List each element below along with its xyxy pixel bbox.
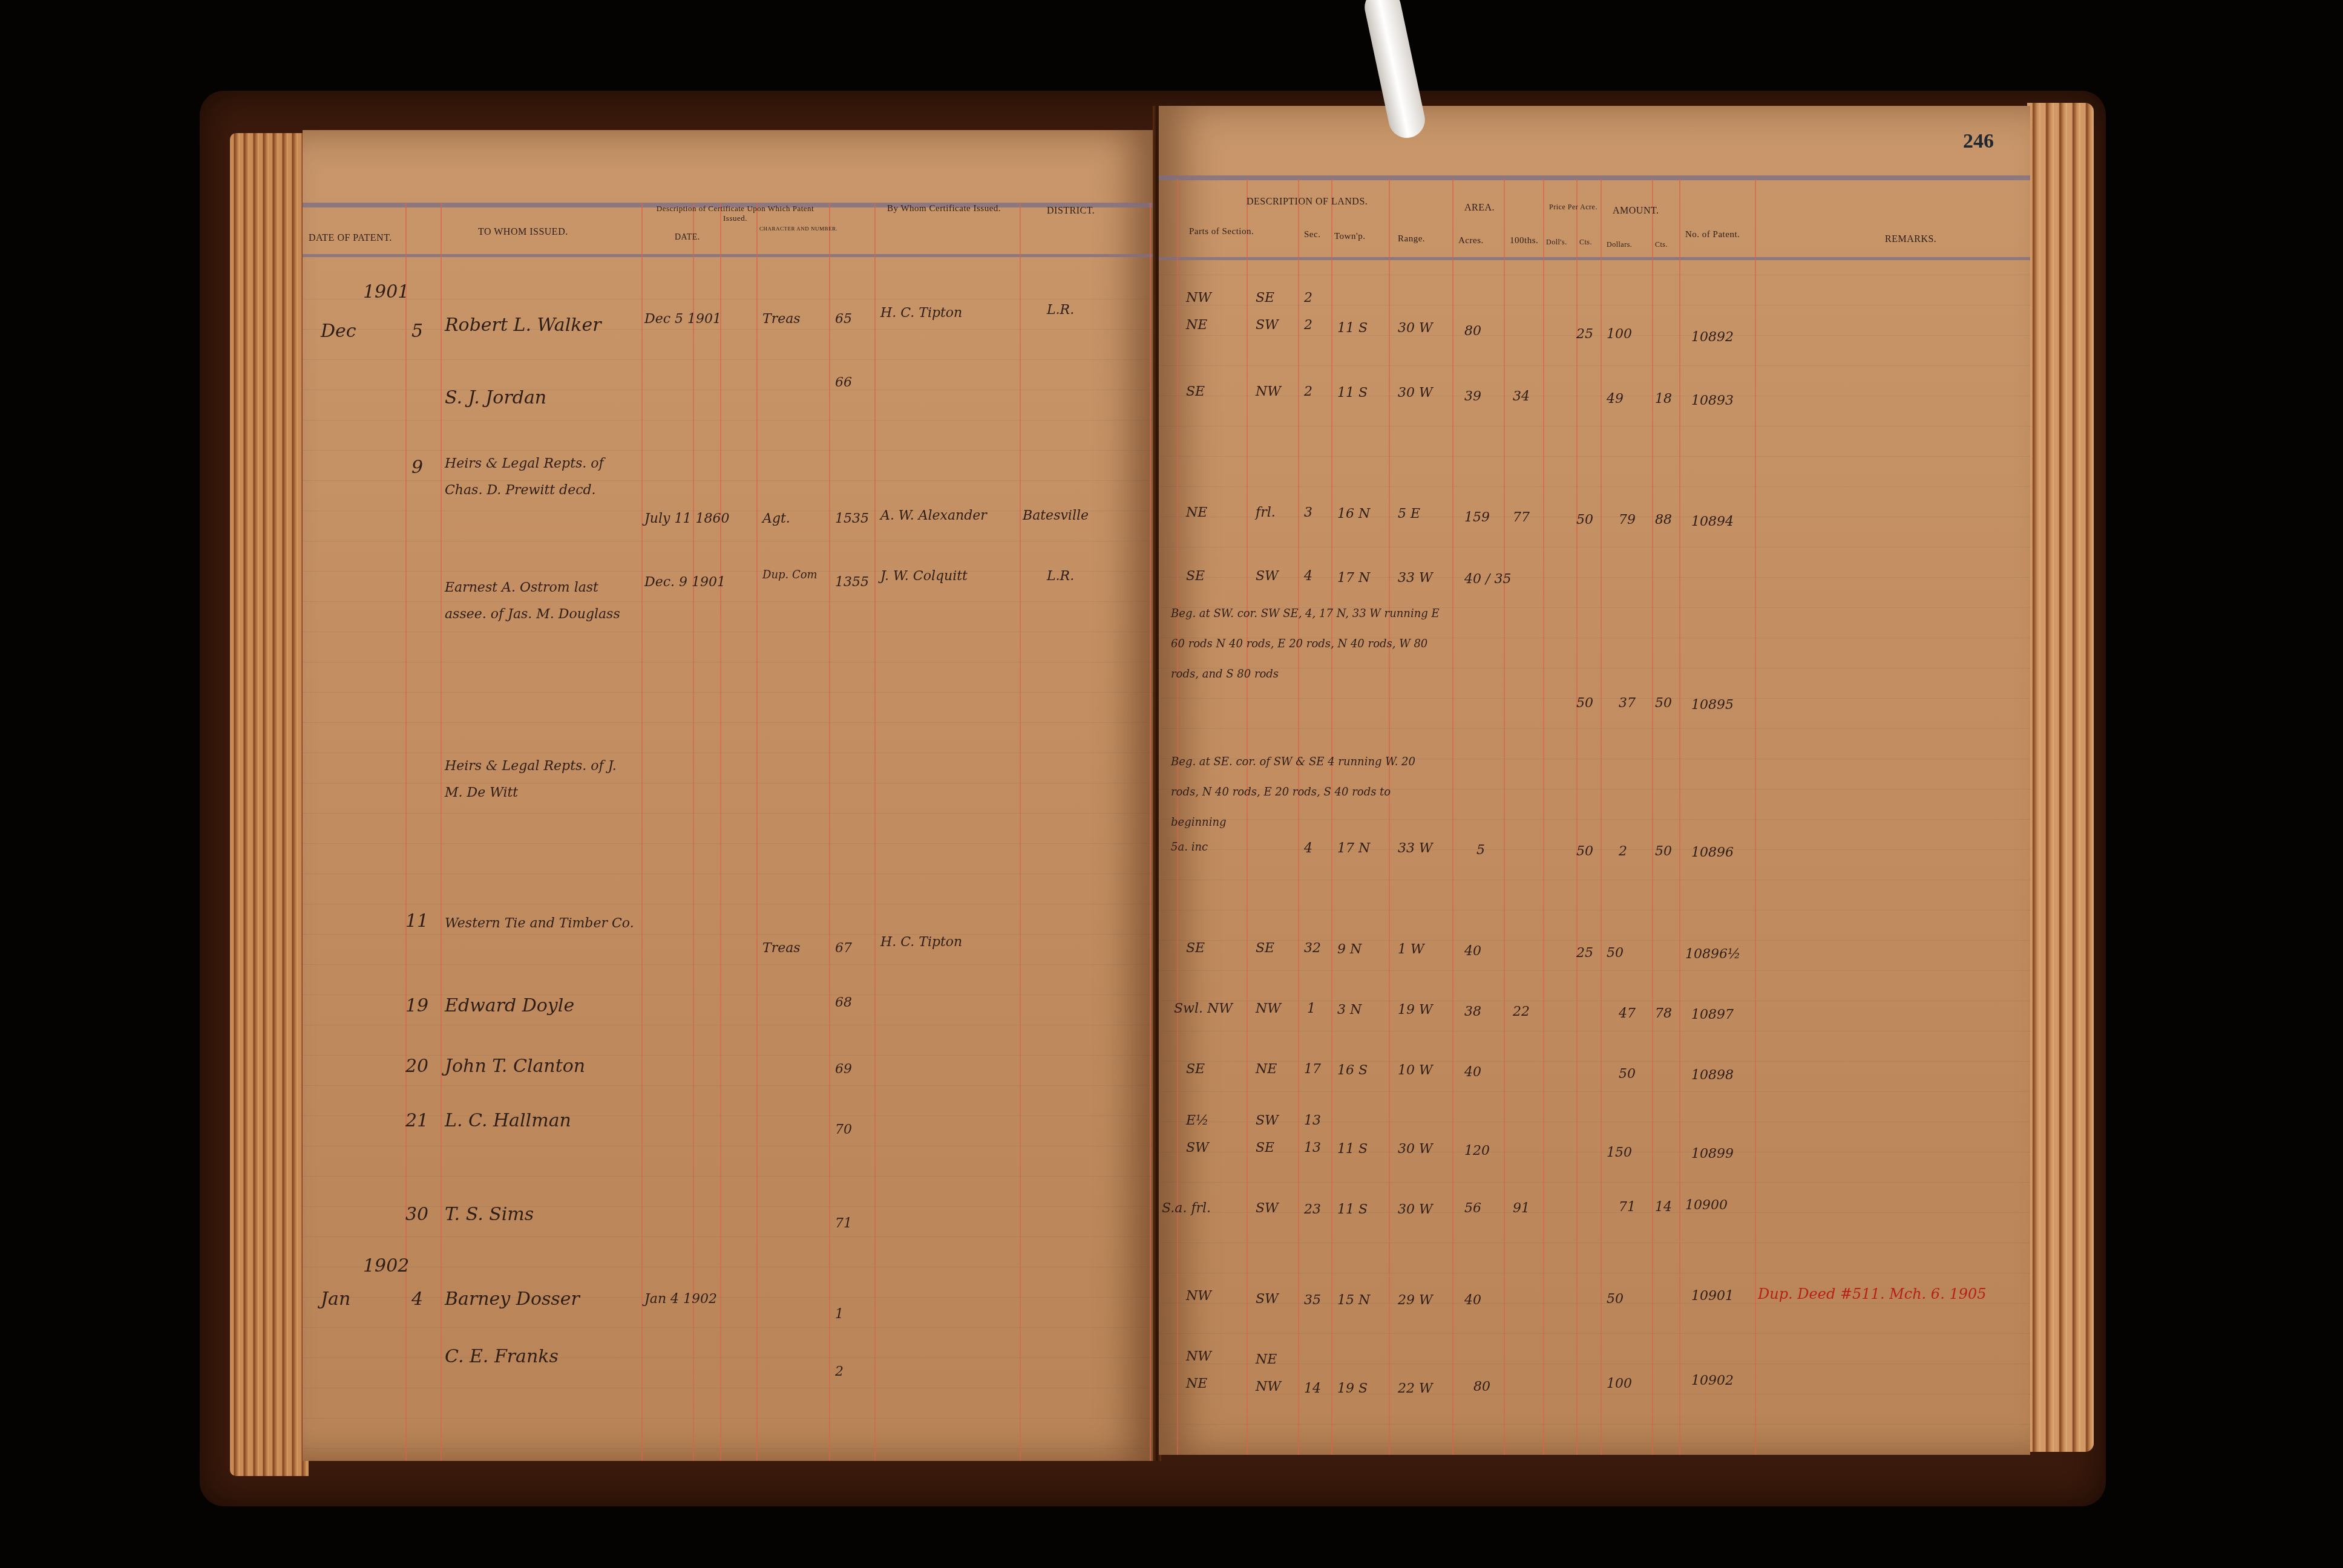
entry-district: L.R.: [1047, 302, 1074, 318]
land-part: SE: [1186, 941, 1205, 956]
land-quarter: SE: [1256, 290, 1274, 305]
entry-cert-character: Treas: [762, 312, 801, 327]
amount-cts: 50: [1655, 696, 1672, 711]
price-cts: 25: [1576, 946, 1593, 961]
entry-cert-number: 69: [835, 1062, 852, 1077]
land-quarter: NE: [1256, 1352, 1277, 1367]
amount-cts: 88: [1655, 512, 1672, 528]
land-part: S.a. frl.: [1162, 1201, 1211, 1216]
entry-name: Edward Doyle: [445, 995, 574, 1016]
land-sec: 14: [1304, 1381, 1321, 1396]
header-no-of-patent: No. of Patent.: [1685, 230, 1740, 240]
entry-by-whom: H. C. Tipton: [880, 305, 962, 321]
area-100ths: 34: [1513, 389, 1530, 404]
land-part: NE: [1186, 1376, 1207, 1391]
land-part: 5a. inc: [1171, 841, 1208, 854]
area-acres: 56: [1464, 1201, 1481, 1216]
entry-cert-number: 68: [835, 995, 852, 1010]
entry-cert-character: Dup. Com: [762, 569, 818, 581]
amount-dollars: 2: [1619, 844, 1627, 859]
land-quarter: SW: [1256, 569, 1279, 584]
entry-day: 5: [411, 321, 423, 342]
area-100ths: 22: [1513, 1004, 1530, 1019]
entry-by-whom: A. W. Alexander: [880, 508, 987, 523]
entry-name: Heirs & Legal Repts. of Chas. D. Prewitt…: [445, 451, 638, 504]
land-range: 33 W: [1398, 570, 1433, 586]
area-acres: 40: [1464, 944, 1481, 959]
amount-cts: 18: [1655, 391, 1672, 407]
land-sec: 23: [1304, 1202, 1321, 1217]
ruled-lines: [303, 269, 1156, 1461]
area-acres: 120: [1464, 1143, 1490, 1158]
land-range: 5 E: [1398, 506, 1420, 521]
price-cts: 50: [1576, 844, 1593, 859]
area-acres: 80: [1464, 324, 1481, 339]
amount-dollars: 47: [1619, 1006, 1636, 1021]
header-sec: Sec.: [1304, 230, 1320, 240]
area-acres: 80: [1473, 1379, 1490, 1394]
land-part: SW: [1186, 1140, 1209, 1155]
header-area: AREA.: [1464, 203, 1495, 214]
land-sec: 32: [1304, 941, 1321, 956]
entry-day: 20: [405, 1056, 428, 1077]
entry-cert-number: 71: [835, 1216, 852, 1231]
land-township: 3 N: [1337, 1002, 1362, 1018]
header-by-whom: By Whom Certificate Issued.: [877, 200, 1011, 218]
land-sec: 2: [1304, 290, 1312, 305]
price-cts: 25: [1576, 327, 1593, 342]
entry-cert-number: 2: [835, 1364, 844, 1379]
land-quarter: SW: [1256, 1292, 1279, 1307]
land-township: 17 N: [1337, 570, 1370, 586]
amount-dollars: 79: [1619, 512, 1636, 528]
header-description-of-lands: DESCRIPTION OF LANDS.: [1247, 197, 1368, 207]
area-100ths: 77: [1513, 510, 1530, 525]
entry-month: Dec: [321, 321, 356, 342]
patent-number: 10898: [1691, 1068, 1734, 1083]
amount-cts: 50: [1655, 844, 1672, 859]
amount-dollars: 150: [1607, 1145, 1632, 1160]
land-range: 22 W: [1398, 1381, 1433, 1396]
land-township: 19 S: [1337, 1381, 1368, 1396]
page-number: 246: [1963, 130, 1994, 153]
entry-cert-character: Agt.: [762, 511, 790, 526]
entry-day: 9: [411, 457, 423, 478]
header-bottom-rule: [303, 254, 1156, 257]
entry-cert-date: Jan 4 1902: [644, 1292, 717, 1307]
header-date-of-patent: DATE OF PATENT.: [309, 233, 392, 244]
land-part: NE: [1186, 505, 1207, 520]
land-quarter: SE: [1256, 941, 1274, 956]
header-100ths: 100ths.: [1510, 236, 1538, 246]
land-township: 11 S: [1337, 1202, 1368, 1217]
land-township: 17 N: [1337, 841, 1370, 856]
entry-name: S. J. Jordan: [445, 387, 546, 408]
patent-number: 10895: [1691, 697, 1734, 713]
amount-dollars: 50: [1607, 946, 1624, 961]
land-sec: 17: [1304, 1062, 1321, 1077]
header-remarks: REMARKS.: [1885, 234, 1936, 245]
amount-dollars: 100: [1607, 327, 1632, 342]
land-township: 16 N: [1337, 506, 1370, 521]
entry-name: John T. Clanton: [445, 1056, 585, 1077]
area-acres: 5: [1476, 843, 1485, 858]
entry-cert-date: Dec 5 1901: [644, 312, 721, 327]
entry-name: C. E. Franks: [445, 1346, 559, 1367]
amount-dollars: 37: [1619, 696, 1636, 711]
entry-day: 11: [405, 910, 428, 932]
area-acres: 40 / 35: [1464, 572, 1511, 587]
land-sec: 35: [1304, 1293, 1321, 1308]
land-quarter: SW: [1256, 1201, 1279, 1216]
entry-district: Batesville: [1023, 508, 1089, 523]
entry-cert-character: Treas: [762, 941, 801, 956]
entry-name: T. S. Sims: [445, 1204, 534, 1225]
header-bottom-rule: [1159, 257, 2030, 260]
patent-number: 10892: [1691, 330, 1734, 345]
land-metes-bounds: Beg. at SW. cor. SW SE, 4, 17 N, 33 W ru…: [1171, 599, 1443, 690]
entry-name: Robert L. Walker: [445, 315, 601, 336]
land-township: 15 N: [1337, 1293, 1370, 1308]
patent-number: 10900: [1685, 1198, 1728, 1213]
amount-dollars: 71: [1619, 1200, 1636, 1215]
patent-number: 10896: [1691, 845, 1734, 860]
remarks-red-ink: Dup. Deed #511. Mch. 6. 1905: [1758, 1285, 1986, 1302]
header-price-per-acre: Price Per Acre.: [1546, 203, 1601, 212]
amount-cts: 14: [1655, 1200, 1672, 1215]
land-quarter: NW: [1256, 1379, 1281, 1394]
header-to-whom-issued: TO WHOM ISSUED.: [478, 227, 568, 238]
entry-month: Jan: [321, 1289, 350, 1310]
land-quarter: SE: [1256, 1140, 1274, 1155]
land-range: 19 W: [1398, 1002, 1433, 1018]
header-certificate-description: Description of Certificate Upon Which Pa…: [647, 204, 823, 223]
entry-day: 30: [405, 1204, 428, 1225]
header-price-dolls: Doll's.: [1546, 238, 1567, 247]
entry-district: L.R.: [1047, 569, 1074, 584]
header-top-rule: [1159, 175, 2030, 180]
land-sec: 2: [1304, 384, 1312, 399]
header-district: DISTRICT.: [1047, 206, 1095, 217]
entry-day: 21: [405, 1110, 428, 1131]
patent-number: 10899: [1691, 1146, 1734, 1161]
land-range: 30 W: [1398, 385, 1433, 400]
left-page: DATE OF PATENT. TO WHOM ISSUED. Descript…: [303, 130, 1156, 1461]
area-acres: 40: [1464, 1293, 1481, 1308]
area-100ths: 91: [1513, 1201, 1530, 1216]
area-acres: 38: [1464, 1004, 1481, 1019]
ruled-lines: [1159, 245, 2030, 1455]
land-part: NE: [1186, 318, 1207, 333]
right-page: 246 DESCRIPTION OF LANDS. Parts of Secti…: [1159, 106, 2030, 1455]
header-amount: AMOUNT.: [1613, 206, 1659, 217]
land-part: E½: [1186, 1113, 1208, 1128]
land-part: NW: [1186, 290, 1211, 305]
area-acres: 159: [1464, 510, 1490, 525]
entry-cert-number: 70: [835, 1122, 852, 1137]
land-sec: 4: [1304, 841, 1312, 856]
land-quarter: NW: [1256, 384, 1281, 399]
land-part: SE: [1186, 569, 1205, 584]
area-acres: 39: [1464, 389, 1481, 404]
entry-cert-date: Dec. 9 1901: [644, 575, 726, 590]
entry-cert-number: 1535: [835, 511, 869, 526]
land-sec: 3: [1304, 505, 1312, 520]
entry-day: 4: [411, 1289, 423, 1310]
entry-cert-number: 1: [835, 1307, 844, 1322]
header-acres: Acres.: [1458, 236, 1484, 246]
land-sec: 13: [1304, 1113, 1321, 1128]
amount-dollars: 49: [1607, 391, 1624, 407]
land-range: 33 W: [1398, 841, 1433, 856]
land-quarter: SW: [1256, 1113, 1279, 1128]
land-part: NW: [1186, 1349, 1211, 1364]
patent-number: 10894: [1691, 514, 1734, 529]
header-amount-dollars: Dollars.: [1607, 240, 1632, 249]
entry-name: Earnest A. Ostrom last assee. of Jas. M.…: [445, 575, 638, 628]
land-quarter: frl.: [1256, 505, 1276, 520]
entry-name: Heirs & Legal Repts. of J. M. De Witt: [445, 753, 638, 806]
patent-number: 10896½: [1685, 947, 1740, 962]
header-character-number: CHARACTER AND NUMBER.: [759, 226, 837, 232]
patent-number: 10901: [1691, 1289, 1734, 1304]
amount-dollars: 50: [1607, 1292, 1624, 1307]
land-quarter: NW: [1256, 1001, 1281, 1016]
entry-by-whom: H. C. Tipton: [880, 935, 962, 950]
header-township: Town'p.: [1334, 232, 1365, 242]
land-part: NW: [1186, 1289, 1211, 1304]
year-marker: 1901: [363, 281, 409, 302]
entry-name: Barney Dosser: [445, 1289, 580, 1310]
land-quarter: SW: [1256, 318, 1279, 333]
land-range: 10 W: [1398, 1063, 1433, 1078]
land-part: SE: [1186, 384, 1205, 399]
header-price-cts: Cts.: [1579, 238, 1592, 247]
amount-cts: 78: [1655, 1006, 1672, 1021]
amount-dollars: 50: [1619, 1067, 1636, 1082]
land-township: 11 S: [1337, 1142, 1368, 1157]
patent-number: 10902: [1691, 1373, 1734, 1388]
entry-cert-date: July 11 1860: [644, 511, 729, 526]
land-range: 30 W: [1398, 1142, 1433, 1157]
land-township: 11 S: [1337, 385, 1368, 400]
land-township: 11 S: [1337, 321, 1368, 336]
land-township: 16 S: [1337, 1063, 1368, 1078]
land-quarter: NE: [1256, 1062, 1277, 1077]
price-cts: 50: [1576, 696, 1593, 711]
header-range: Range.: [1398, 234, 1425, 244]
patent-number: 10897: [1691, 1007, 1734, 1022]
entry-cert-number: 66: [835, 375, 852, 390]
left-page-edges: [230, 133, 309, 1476]
entry-day: 19: [405, 995, 428, 1016]
area-acres: 40: [1464, 1065, 1481, 1080]
entry-cert-number: 67: [835, 941, 852, 956]
land-part: SE: [1186, 1062, 1205, 1077]
land-metes-bounds: Beg. at SE. cor. of SW & SE 4 running W.…: [1171, 747, 1443, 838]
land-part: Swl. NW: [1174, 1001, 1233, 1016]
land-range: 29 W: [1398, 1293, 1433, 1308]
entry-name: Western Tie and Timber Co.: [445, 910, 638, 937]
header-certificate-date: DATE.: [675, 233, 700, 243]
header-parts-of-section: Parts of Section.: [1189, 227, 1254, 237]
amount-dollars: 100: [1607, 1376, 1632, 1391]
entry-cert-number: 65: [835, 312, 852, 327]
land-sec: 13: [1304, 1140, 1321, 1155]
land-range: 30 W: [1398, 1202, 1433, 1217]
patent-number: 10893: [1691, 393, 1734, 408]
land-sec: 2: [1304, 318, 1312, 333]
land-range: 1 W: [1398, 942, 1424, 957]
entry-by-whom: J. W. Colquitt: [880, 569, 968, 584]
header-amount-cts: Cts.: [1655, 240, 1668, 249]
land-range: 30 W: [1398, 321, 1433, 336]
land-sec: 1: [1307, 1001, 1316, 1016]
right-page-edges: [2027, 103, 2094, 1452]
year-marker: 1902: [363, 1255, 409, 1276]
entry-name: L. C. Hallman: [445, 1110, 571, 1131]
entry-cert-number: 1355: [835, 575, 869, 590]
land-sec: 4: [1304, 569, 1312, 584]
price-cts: 50: [1576, 512, 1593, 528]
land-township: 9 N: [1337, 942, 1362, 957]
